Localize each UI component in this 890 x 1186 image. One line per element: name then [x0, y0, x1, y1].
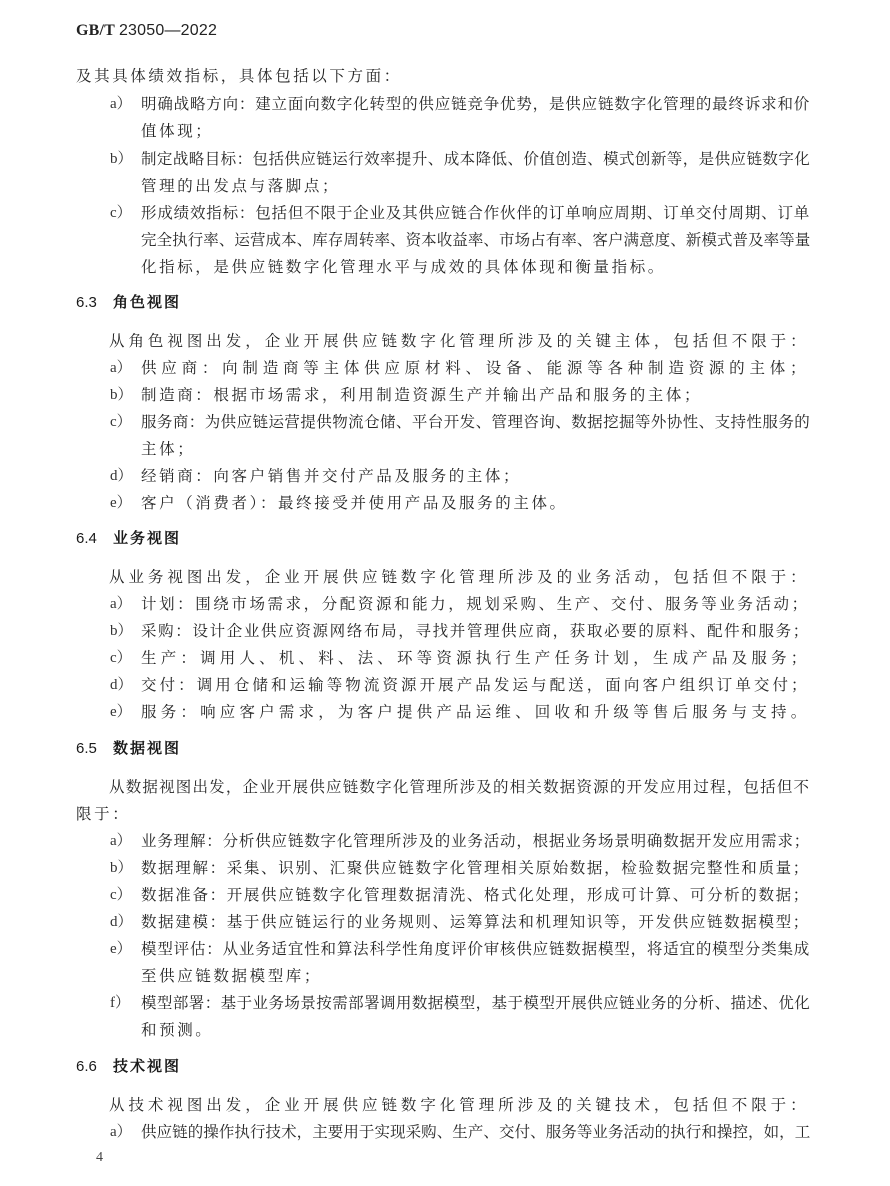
list-item-line: 服务商：为供应链运营提供物流仓储、平台开发、管理咨询、数据挖掘等外协性、支持性服… [141, 412, 810, 432]
list-item-line: 模型评估：从业务适宜性和算法科学性角度评价审核供应链数据模型，将适宜的模型分类集… [141, 939, 810, 959]
paragraph-line: 从角色视图出发，企业开展供应链数字化管理所涉及的关键主体，包括但不限于： [109, 331, 810, 351]
list-item-line: 生产：调用人、机、料、法、环等资源执行生产任务计划，生成产品及服务； [141, 648, 810, 668]
list-item-line: 数据理解：采集、识别、汇聚供应链数字化管理相关原始数据，检验数据完整性和质量； [141, 858, 810, 878]
paragraph-line: 从业务视图出发，企业开展供应链数字化管理所涉及的业务活动，包括但不限于： [109, 567, 810, 587]
list-item-line: 服务：响应客户需求，为客户提供产品运维、回收和升级等售后服务与支持。 [141, 702, 810, 722]
list-label: b） [110, 858, 133, 878]
list-item-line: 制造商：根据市场需求，利用制造资源生产并输出产品和服务的主体； [141, 385, 702, 405]
list-label: b） [110, 385, 133, 405]
list-label: b） [110, 621, 133, 641]
standard-code-header: GB/T 23050—2022 [76, 22, 217, 40]
list-item-line: 客户（消费者）：最终接受并使用产品及服务的主体。 [141, 493, 568, 513]
list-item-line: 主体； [141, 439, 195, 459]
list-item-line: 至供应链数据模型库； [141, 966, 322, 986]
list-item-line: 化指标，是供应链数字化管理水平与成效的具体体现和衡量指标。 [141, 257, 666, 277]
list-label: c） [110, 648, 132, 668]
list-label: f） [110, 993, 130, 1013]
list-item-line: 供应商：向制造商等主体供应原材料、设备、能源等各种制造资源的主体； [141, 358, 810, 378]
list-label: a） [110, 1122, 132, 1142]
list-item-line: 数据准备：开展供应链数字化管理数据清洗、格式化处理，形成可计算、可分析的数据； [141, 885, 810, 905]
list-item-line: 采购：设计企业供应资源网络布局，寻找并管理供应商，获取必要的原料、配件和服务； [141, 621, 810, 641]
list-item-line: 交付：调用仓储和运输等物流资源开展产品发运与配送，面向客户组织订单交付； [141, 675, 810, 695]
list-label: e） [110, 939, 132, 959]
paragraph-line: 从技术视图出发，企业开展供应链数字化管理所涉及的关键技术，包括但不限于： [109, 1095, 810, 1115]
paragraph-line: 从数据视图出发，企业开展供应链数字化管理所涉及的相关数据资源的开发应用过程，包括… [109, 777, 810, 797]
section-heading-6-6: 6.6技术视图 [76, 1056, 181, 1077]
list-label: e） [110, 493, 132, 513]
section-title: 角色视图 [113, 293, 181, 311]
list-item-line: 计划：围绕市场需求，分配资源和能力，规划采购、生产、交付、服务等业务活动； [141, 594, 810, 614]
section-title: 技术视图 [113, 1057, 181, 1075]
paragraph-line: 限于： [76, 804, 130, 824]
section-heading-6-3: 6.3角色视图 [76, 292, 181, 313]
list-label: a） [110, 594, 132, 614]
standard-number: 23050—2022 [119, 22, 217, 39]
list-item-line: 供应链的操作执行技术，主要用于实现采购、生产、交付、服务等业务活动的执行和操控，… [141, 1122, 810, 1142]
section-number: 6.3 [76, 293, 113, 313]
section-number: 6.4 [76, 529, 113, 549]
paragraph-line: 及其具体绩效指标，具体包括以下方面： [76, 66, 402, 86]
list-label: d） [110, 912, 133, 932]
section-heading-6-5: 6.5数据视图 [76, 738, 181, 759]
list-item-line: 管理的出发点与落脚点； [141, 176, 340, 196]
list-label: d） [110, 466, 133, 486]
list-item-line: 数据建模：基于供应链运行的业务规则、运筹算法和机理知识等，开发供应链数据模型； [141, 912, 810, 932]
section-title: 业务视图 [113, 529, 181, 547]
list-label: c） [110, 203, 132, 223]
section-heading-6-4: 6.4业务视图 [76, 528, 181, 549]
list-label: a） [110, 358, 132, 378]
list-item-line: 值体现； [141, 121, 213, 141]
list-label: c） [110, 412, 132, 432]
list-label: a） [110, 831, 132, 851]
list-item-line: 形成绩效指标：包括但不限于企业及其供应链合作伙伴的订单响应周期、订单交付周期、订… [141, 203, 810, 223]
list-item-line: 业务理解：分析供应链数字化管理所涉及的业务活动，根据业务场景明确数据开发应用需求… [141, 831, 810, 851]
list-item-line: 明确战略方向：建立面向数字化转型的供应链竞争优势，是供应链数字化管理的最终诉求和… [141, 94, 810, 114]
section-number: 6.6 [76, 1057, 113, 1077]
standard-code: GB/T [76, 22, 115, 39]
list-label: d） [110, 675, 133, 695]
list-label: e） [110, 702, 132, 722]
list-item-line: 制定战略目标：包括供应链运行效率提升、成本降低、价值创造、模式创新等，是供应链数… [141, 149, 810, 169]
list-item-line: 和预测。 [141, 1020, 213, 1040]
list-label: b） [110, 149, 133, 169]
list-item-line: 经销商：向客户销售并交付产品及服务的主体； [141, 466, 521, 486]
section-title: 数据视图 [113, 739, 181, 757]
section-number: 6.5 [76, 739, 113, 759]
list-label: a） [110, 94, 132, 114]
document-page: GB/T 23050—2022 及其具体绩效指标，具体包括以下方面： a） 明确… [0, 0, 890, 1186]
list-item-line: 模型部署：基于业务场景按需部署调用数据模型，基于模型开展供应链业务的分析、描述、… [141, 993, 810, 1013]
list-item-line: 完全执行率、运营成本、库存周转率、资本收益率、市场占有率、客户满意度、新模式普及… [141, 230, 810, 250]
list-label: c） [110, 885, 132, 905]
page-number: 4 [96, 1150, 103, 1166]
